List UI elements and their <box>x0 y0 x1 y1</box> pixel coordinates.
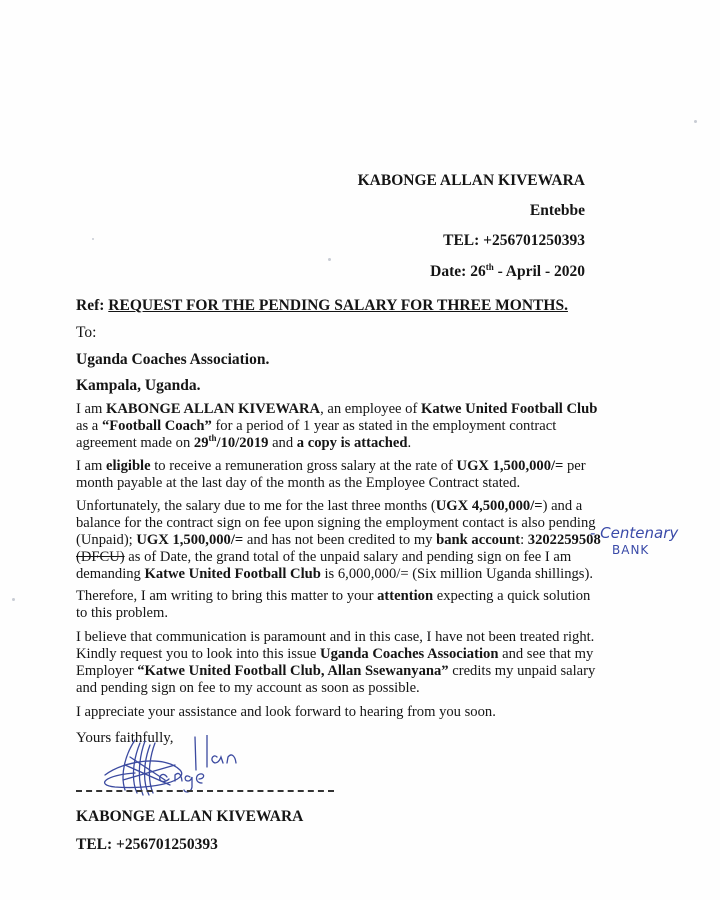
paragraph-request: I believe that communication is paramoun… <box>76 629 596 697</box>
signature-icon <box>95 735 275 805</box>
paragraph-eligibility: I am eligible to receive a remuneration … <box>76 458 596 492</box>
handwritten-bank-note: - Centenary <box>590 524 678 542</box>
ref-line: Ref: REQUEST FOR THE PENDING SALARY FOR … <box>76 297 568 315</box>
paragraph-appreciation: I appreciate your assistance and look fo… <box>76 704 596 721</box>
to-label: To: <box>76 324 96 342</box>
signature-line <box>76 790 334 792</box>
paragraph-attention: Therefore, I am writing to bring this ma… <box>76 588 596 622</box>
recipient-city: Kampala, Uganda. <box>76 377 200 395</box>
scan-speck <box>92 238 94 240</box>
handwritten-bank-note-line2: BANK <box>612 543 649 557</box>
letter-date: Date: 26th - April - 2020 <box>430 263 585 281</box>
scan-speck <box>694 120 697 123</box>
scan-speck <box>328 258 331 261</box>
sender-name: KABONGE ALLAN KIVEWARA <box>358 172 585 190</box>
struck-bank-name: (DFCU) <box>76 549 125 565</box>
sender-tel: TEL: +256701250393 <box>443 232 585 250</box>
paragraph-unpaid-salary: Unfortunately, the salary due to me for … <box>76 498 596 583</box>
closing-tel: TEL: +256701250393 <box>76 836 218 854</box>
sender-city: Entebbe <box>530 202 585 220</box>
closing-name: KABONGE ALLAN KIVEWARA <box>76 808 303 826</box>
recipient-org: Uganda Coaches Association. <box>76 351 269 369</box>
paragraph-employment: I am KABONGE ALLAN KIVEWARA, an employee… <box>76 401 596 452</box>
scanned-letter-page: KABONGE ALLAN KIVEWARA Entebbe TEL: +256… <box>0 0 720 900</box>
ref-subject: REQUEST FOR THE PENDING SALARY FOR THREE… <box>108 297 568 314</box>
scan-speck <box>12 598 15 601</box>
